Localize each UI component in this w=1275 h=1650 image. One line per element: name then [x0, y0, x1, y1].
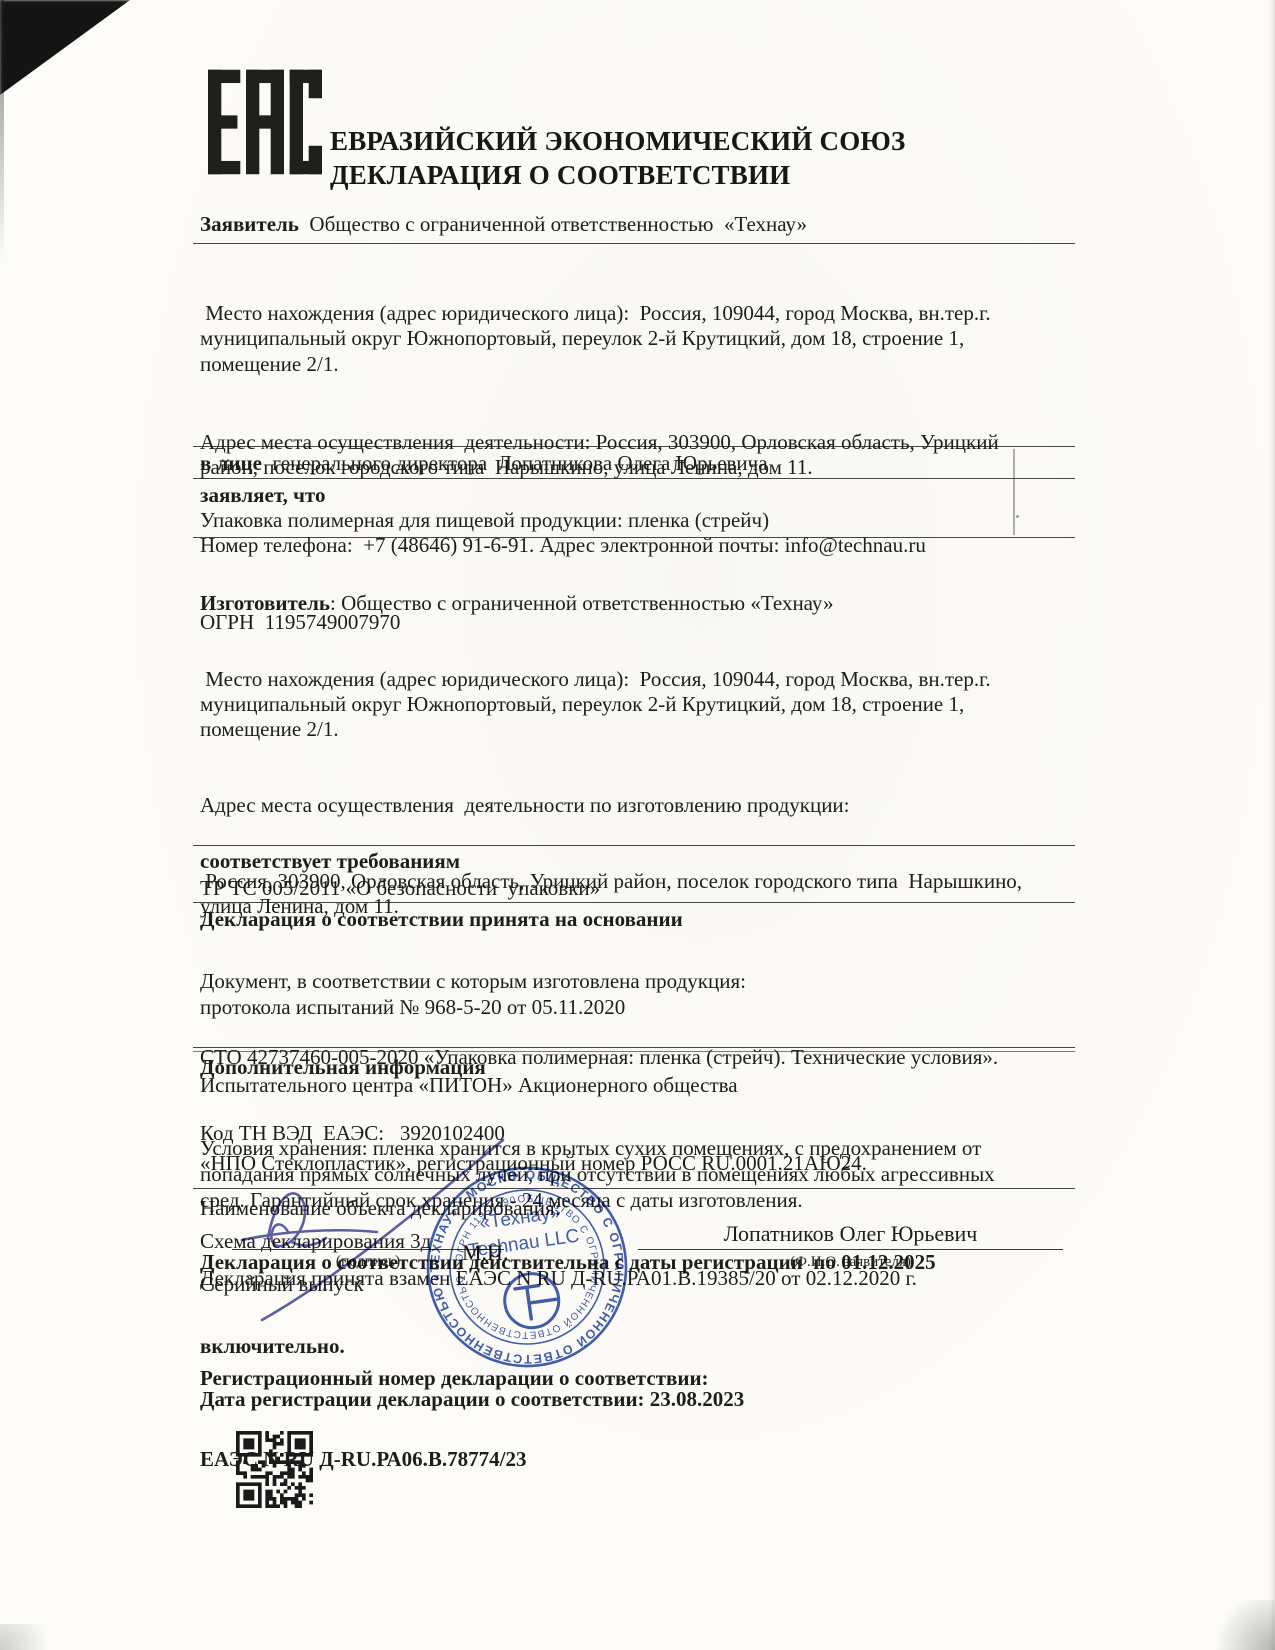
- applicant-fio-name: Лопатников Олег Юрьевич: [638, 1221, 1063, 1247]
- applicant-label: Заявитель: [200, 212, 299, 236]
- qr-code: [236, 1431, 313, 1508]
- scan-artifact-top-left: [0, 0, 140, 100]
- registration-number-value: ЕАЭС N RU Д-RU.РА06.В.78774/23: [200, 1446, 1032, 1473]
- basis-protocol: протокола испытаний № 968-5-20 от 05.11.…: [200, 994, 1032, 1020]
- scan-artifact-right-edge: [1269, 0, 1275, 1650]
- applicant-legal-address: Место нахождения (адрес юридического лиц…: [200, 301, 1032, 378]
- representative-value: генерального директора Лопатникова Олега…: [262, 451, 768, 475]
- declaration-document-page: ЕВРАЗИЙСКИЙ ЭКОНОМИЧЕСКИЙ СОЮЗ ДЕКЛАРАЦИ…: [0, 0, 1275, 1650]
- compliance-label: соответствует требованиям: [200, 849, 1032, 875]
- eac-logo-icon: [208, 66, 322, 178]
- registration-date: Дата регистрации декларации о соответств…: [200, 1387, 1032, 1413]
- fio-line: [638, 1249, 1063, 1250]
- applicant-name: Общество с ограниченной ответственностью…: [299, 212, 807, 236]
- scan-artifact-bottom-left: [0, 1624, 60, 1650]
- mp-seal-label: М.П.: [462, 1240, 508, 1266]
- company-stamp: • ОБЩЕСТВО С ОГРАНИЧЕННОЙ ОТВЕТСТВЕННОСТ…: [397, 1137, 657, 1397]
- scan-artifact-bottom-right: [1205, 1600, 1275, 1650]
- manufacturer-legal-address: Место нахождения (адрес юридического лиц…: [200, 667, 1032, 743]
- manufacturer-row: Изготовитель: Общество с ограниченной от…: [200, 591, 1032, 616]
- union-title: ЕВРАЗИЙСКИЙ ЭКОНОМИЧЕСКИЙ СОЮЗ: [330, 124, 1050, 158]
- stamp-monogram-icon: [515, 1283, 559, 1320]
- manufacturer-production-address-label: Адрес места осуществления деятельности п…: [200, 793, 1032, 818]
- scan-artifact-left-edge: [0, 0, 4, 260]
- manufacturer-name: : Общество с ограниченной ответственност…: [330, 591, 833, 615]
- section-divider: [193, 243, 1075, 244]
- stamp-ring-outer-text: • ОБЩЕСТВО С ОГРАНИЧЕННОЙ ОТВЕТСТВЕННОСТ…: [415, 1155, 639, 1379]
- representative-label: в лице: [200, 451, 262, 475]
- document-title: ДЕКЛАРАЦИЯ О СООТВЕТСТВИИ: [330, 158, 1050, 192]
- manufacturer-label: Изготовитель: [200, 591, 330, 615]
- applicant-row: Заявитель Общество с ограниченной ответс…: [200, 212, 1032, 238]
- declares-label: заявляет, что: [200, 483, 1032, 509]
- svg-text:• ОБЩЕСТВО С ОГРАНИЧЕННОЙ ОТВЕ: • ОБЩЕСТВО С ОГРАНИЧЕННОЙ ОТВЕТСТВЕННОСТ…: [415, 1155, 639, 1379]
- product-name: Упаковка полимерная для пищевой продукци…: [200, 508, 1032, 534]
- basis-label: Декларация о соответствии принята на осн…: [200, 907, 1032, 933]
- compliance-requirement: ТР ТС 005/2011 «О безопасности упаковки»: [200, 876, 1032, 902]
- representative-row: в лице генерального директора Лопатников…: [200, 451, 1032, 477]
- additional-info-label: Дополнительная информация: [200, 1055, 1032, 1081]
